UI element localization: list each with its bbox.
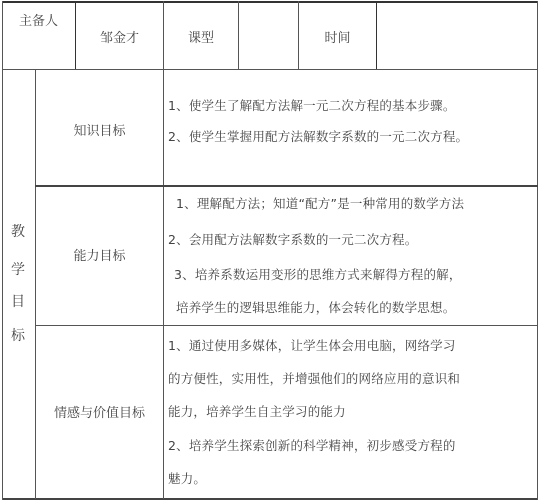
divider bbox=[376, 1, 377, 69]
ability-objective-line: 1、理解配方法；知道“配方”是一种常用的数学方法 bbox=[176, 194, 464, 212]
emotion-value-objective-line: 能力，培养学生自主学习的能力 bbox=[168, 402, 346, 420]
table-border-left bbox=[2, 1, 3, 500]
emotion-value-objective-label: 情感与价值目标 bbox=[36, 402, 163, 421]
knowledge-objective-label: 知识目标 bbox=[36, 120, 163, 139]
section-label-char: 标 bbox=[11, 325, 25, 345]
emotion-value-objective-line: 2、培养学生探索创新的科学精神，初步感受方程的 bbox=[168, 436, 456, 454]
section-label-char: 教 bbox=[11, 221, 25, 241]
ability-objective-label: 能力目标 bbox=[36, 245, 163, 264]
emotion-value-objective-line: 1、通过使用多媒体，让学生体会用电脑，网络学习 bbox=[168, 336, 456, 354]
preparer-label: 主备人 bbox=[2, 10, 75, 29]
section-label-char: 学 bbox=[11, 259, 25, 279]
divider bbox=[2, 69, 538, 70]
emotion-value-objective-line: 的方便性，实用性，并增强他们的网络应用的意识和 bbox=[168, 369, 460, 387]
ability-objective-line: 2、会用配方法解数字系数的一元二次方程。 bbox=[168, 230, 417, 248]
divider bbox=[238, 1, 239, 69]
knowledge-objective-line: 2、使学生掌握用配方法解数字系数的一元二次方程。 bbox=[168, 127, 468, 145]
divider bbox=[163, 69, 164, 499]
table-border-right bbox=[537, 1, 538, 500]
preparer-value: 邹金才 bbox=[76, 27, 163, 46]
divider bbox=[35, 185, 538, 187]
ability-objective-line: 3、培养系数运用变形的思维方式来解得方程的解， bbox=[174, 265, 462, 283]
knowledge-objective-line: 1、使学生了解配方法解一元二次方程的基本步骤。 bbox=[168, 96, 456, 114]
ability-objective-line: 培养学生的逻辑思维能力，体会转化的数学思想。 bbox=[176, 298, 455, 316]
table-border-top bbox=[2, 1, 538, 3]
lesson-type-label: 课型 bbox=[164, 27, 238, 46]
emotion-value-objective-line: 魅力。 bbox=[168, 469, 206, 487]
section-label-char: 目 bbox=[11, 291, 25, 311]
time-label: 时间 bbox=[299, 27, 376, 46]
table-border-bottom bbox=[2, 498, 538, 500]
divider bbox=[35, 325, 538, 326]
